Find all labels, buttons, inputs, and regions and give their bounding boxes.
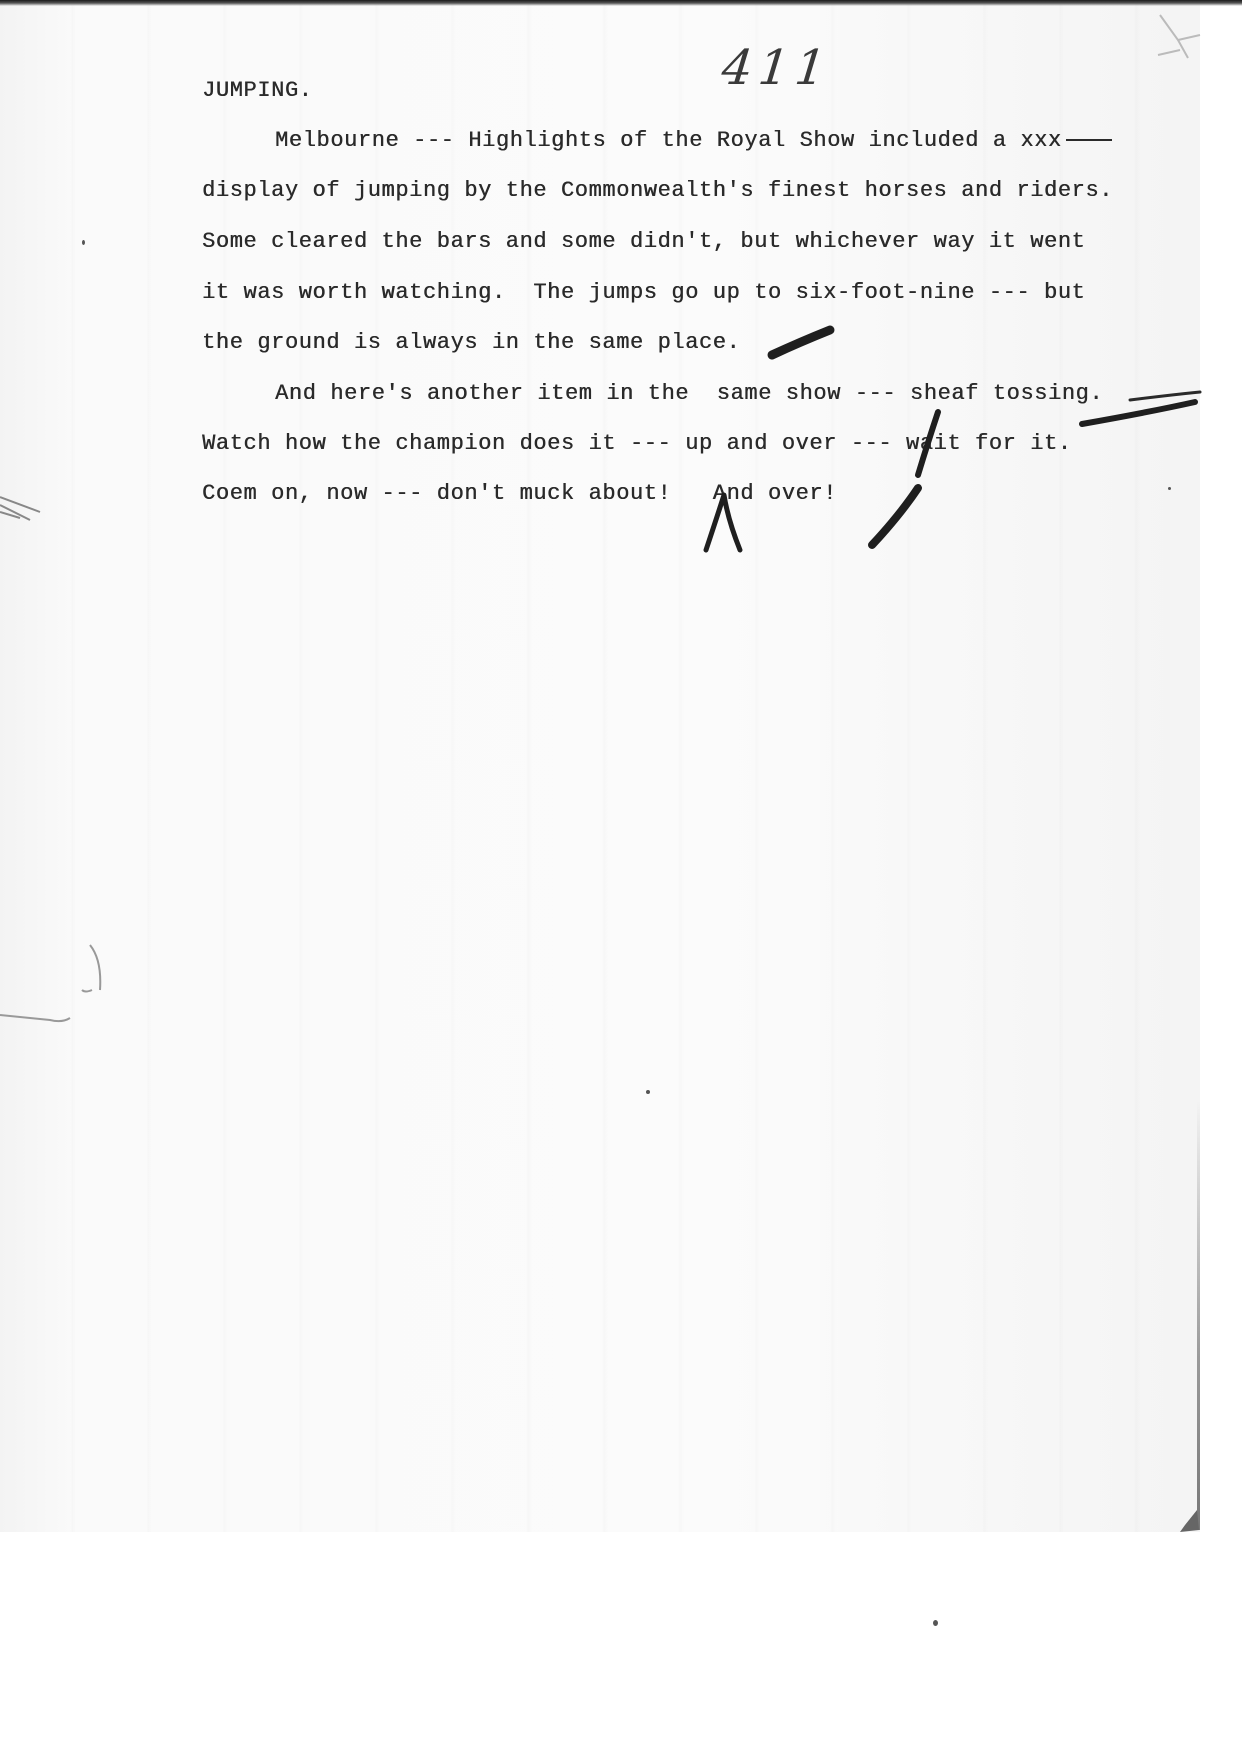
text-line: Coem on, now --- don't muck about! And o…	[202, 483, 837, 505]
page-right-edge	[1197, 1100, 1200, 1530]
torn-corner	[1150, 10, 1210, 70]
text-line: it was worth watching. The jumps go up t…	[202, 282, 1085, 304]
text-line: Melbourne --- Highlights of the Royal Sh…	[275, 130, 1062, 152]
ink-speck	[933, 1620, 938, 1626]
text-line: And here's another item in the same show…	[275, 383, 1103, 405]
page-top-edge	[0, 0, 1242, 6]
text-line: Watch how the champion does it --- up an…	[202, 433, 1072, 455]
document-heading: JUMPING.	[202, 80, 312, 102]
text-line: display of jumping by the Commonwealth's…	[202, 180, 1113, 202]
ink-speck	[646, 1090, 650, 1094]
handwritten-page-number: 411	[719, 40, 835, 96]
ink-speck	[1168, 487, 1171, 490]
text-line: Some cleared the bars and some didn't, b…	[202, 231, 1085, 253]
ink-speck	[82, 240, 85, 245]
text-line: the ground is always in the same place.	[202, 332, 740, 354]
